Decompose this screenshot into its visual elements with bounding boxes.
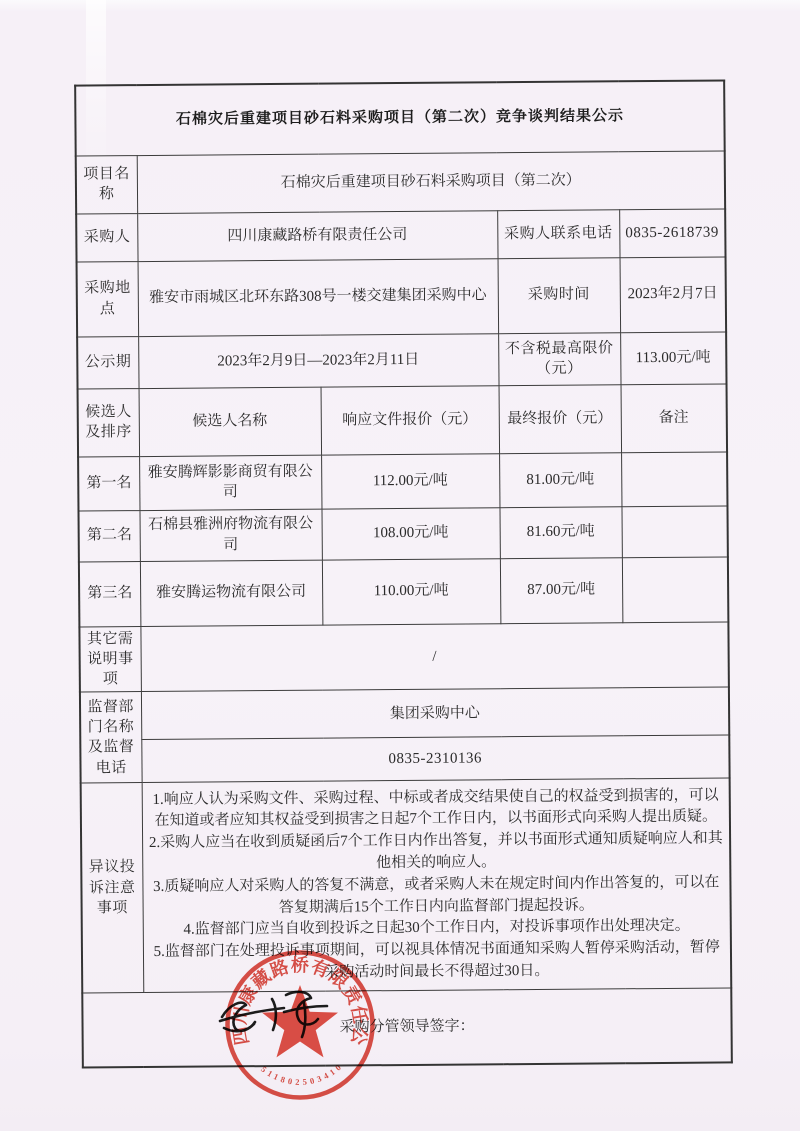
page-title: 石棉灾后重建项目砂石料采购项目（第二次）竞争谈判结果公示 — [75, 80, 725, 155]
candidate-rank: 第二名 — [78, 510, 139, 561]
supervision-row: 监督部门名称及监督电话 集团采购中心 — [80, 687, 729, 740]
objection-label: 异议投诉注意事项 — [81, 783, 144, 993]
candidate-remark — [621, 505, 727, 557]
other-notes-row: 其它需说明事项 / — [79, 621, 729, 692]
purchaser-phone-label: 采购人联系电话 — [497, 209, 619, 258]
location-row: 采购地点 雅安市雨城区北环东路308号一楼交建集团采购中心 采购时间 2023年… — [77, 256, 727, 336]
location-value: 雅安市雨城区北环东路308号一楼交建集团采购中心 — [138, 258, 499, 336]
rank-header: 候选人及排序 — [78, 388, 140, 456]
candidate-remark — [622, 556, 729, 622]
max-price-label: 不含税最高限价（元） — [498, 332, 620, 385]
candidates-header-row: 候选人及排序 候选人名称 响应文件报价（元） 最终报价（元） 备注 — [78, 383, 728, 456]
max-price-value: 113.00元/吨 — [620, 331, 726, 384]
supervision-department: 集团采购中心 — [141, 687, 729, 740]
candidate-row: 第二名 石棉县雅洲府物流有限公司 108.00元/吨 81.60元/吨 — [78, 505, 727, 561]
time-value: 2023年2月7日 — [620, 256, 727, 332]
other-notes-value: / — [140, 621, 729, 691]
candidate-rank: 第一名 — [78, 456, 139, 510]
candidate-remark — [621, 451, 727, 506]
project-name-value: 石棉灾后重建项目砂石料采购项目（第二次） — [137, 150, 725, 213]
objection-item: 1.响应人认为采购文件、采购过程、中标或者成交结果使自己的权益受到损害的，可以在… — [146, 785, 725, 833]
publicity-label: 公示期 — [77, 336, 138, 388]
scanned-document-page: 石棉灾后重建项目砂石料采购项目（第二次）竞争谈判结果公示 项目名称 石棉灾后重建… — [0, 0, 800, 1131]
supervision-phone: 0835-2310136 — [141, 735, 729, 783]
purchaser-value: 四川康藏路桥有限责任公司 — [137, 210, 497, 261]
candidate-name: 雅安腾辉影影商贸有限公司 — [139, 455, 321, 510]
candidate-final-price: 81.60元/吨 — [499, 506, 621, 558]
signature-label: 采购分管领导签字： — [82, 988, 732, 1067]
objection-notice: 1.响应人认为采购文件、采购过程、中标或者成交结果使自己的权益受到损害的，可以在… — [142, 778, 732, 993]
objection-item: 3.质疑响应人对采购人的答复不满意，或者采购人未在规定时间内作出答复的，可以在答… — [147, 872, 726, 920]
candidate-row: 第一名 雅安腾辉影影商贸有限公司 112.00元/吨 81.00元/吨 — [78, 451, 727, 510]
candidate-final-price: 87.00元/吨 — [500, 557, 623, 623]
supervision-label: 监督部门名称及监督电话 — [80, 692, 142, 783]
purchaser-row: 采购人 四川康藏路桥有限责任公司 采购人联系电话 0835-2618739 — [76, 208, 725, 261]
candidate-doc-price: 112.00元/吨 — [321, 453, 499, 508]
candidate-name: 雅安腾运物流有限公司 — [140, 560, 323, 626]
objection-row: 异议投诉注意事项 1.响应人认为采购文件、采购过程、中标或者成交结果使自己的权益… — [81, 778, 732, 993]
supervision-phone-row: 0835-2310136 — [80, 735, 729, 783]
remark-header: 备注 — [621, 383, 728, 452]
objection-item: 2.采购人应当在收到质疑函后7个工作日内作出答复，并以书面形式通知质疑响应人和其… — [147, 829, 726, 877]
publicity-value: 2023年2月9日—2023年2月11日 — [138, 333, 498, 388]
doc-price-header: 响应文件报价（元） — [321, 385, 500, 454]
objection-item: 5.监督部门在处理投诉事项期间，可以视具体情况书面通知采购人暂停采购活动，暂停采… — [147, 938, 726, 986]
project-name-row: 项目名称 石棉灾后重建项目砂石料采购项目（第二次） — [76, 150, 725, 213]
candidate-rank: 第三名 — [79, 561, 141, 626]
signature-row: 采购分管领导签字： — [82, 988, 732, 1067]
purchaser-phone-value: 0835-2618739 — [619, 208, 725, 257]
candidate-name: 石棉县雅洲府物流有限公司 — [139, 509, 321, 561]
candidate-final-price: 81.00元/吨 — [499, 452, 621, 507]
candidate-row: 第三名 雅安腾运物流有限公司 110.00元/吨 87.00元/吨 — [79, 556, 729, 626]
final-price-header: 最终报价（元） — [499, 384, 622, 453]
publicity-row: 公示期 2023年2月9日—2023年2月11日 不含税最高限价（元） 113.… — [77, 331, 726, 388]
candidate-doc-price: 108.00元/吨 — [321, 507, 499, 559]
project-name-label: 项目名称 — [76, 155, 137, 213]
candidate-doc-price: 110.00元/吨 — [322, 558, 501, 624]
time-label: 采购时间 — [498, 257, 621, 333]
title-row: 石棉灾后重建项目砂石料采购项目（第二次）竞争谈判结果公示 — [75, 80, 725, 155]
location-label: 采购地点 — [77, 261, 139, 336]
purchaser-label: 采购人 — [76, 213, 137, 261]
result-table: 石棉灾后重建项目砂石料采购项目（第二次）竞争谈判结果公示 项目名称 石棉灾后重建… — [74, 79, 733, 1068]
name-header: 候选人名称 — [139, 387, 322, 456]
other-notes-label: 其它需说明事项 — [79, 626, 141, 692]
